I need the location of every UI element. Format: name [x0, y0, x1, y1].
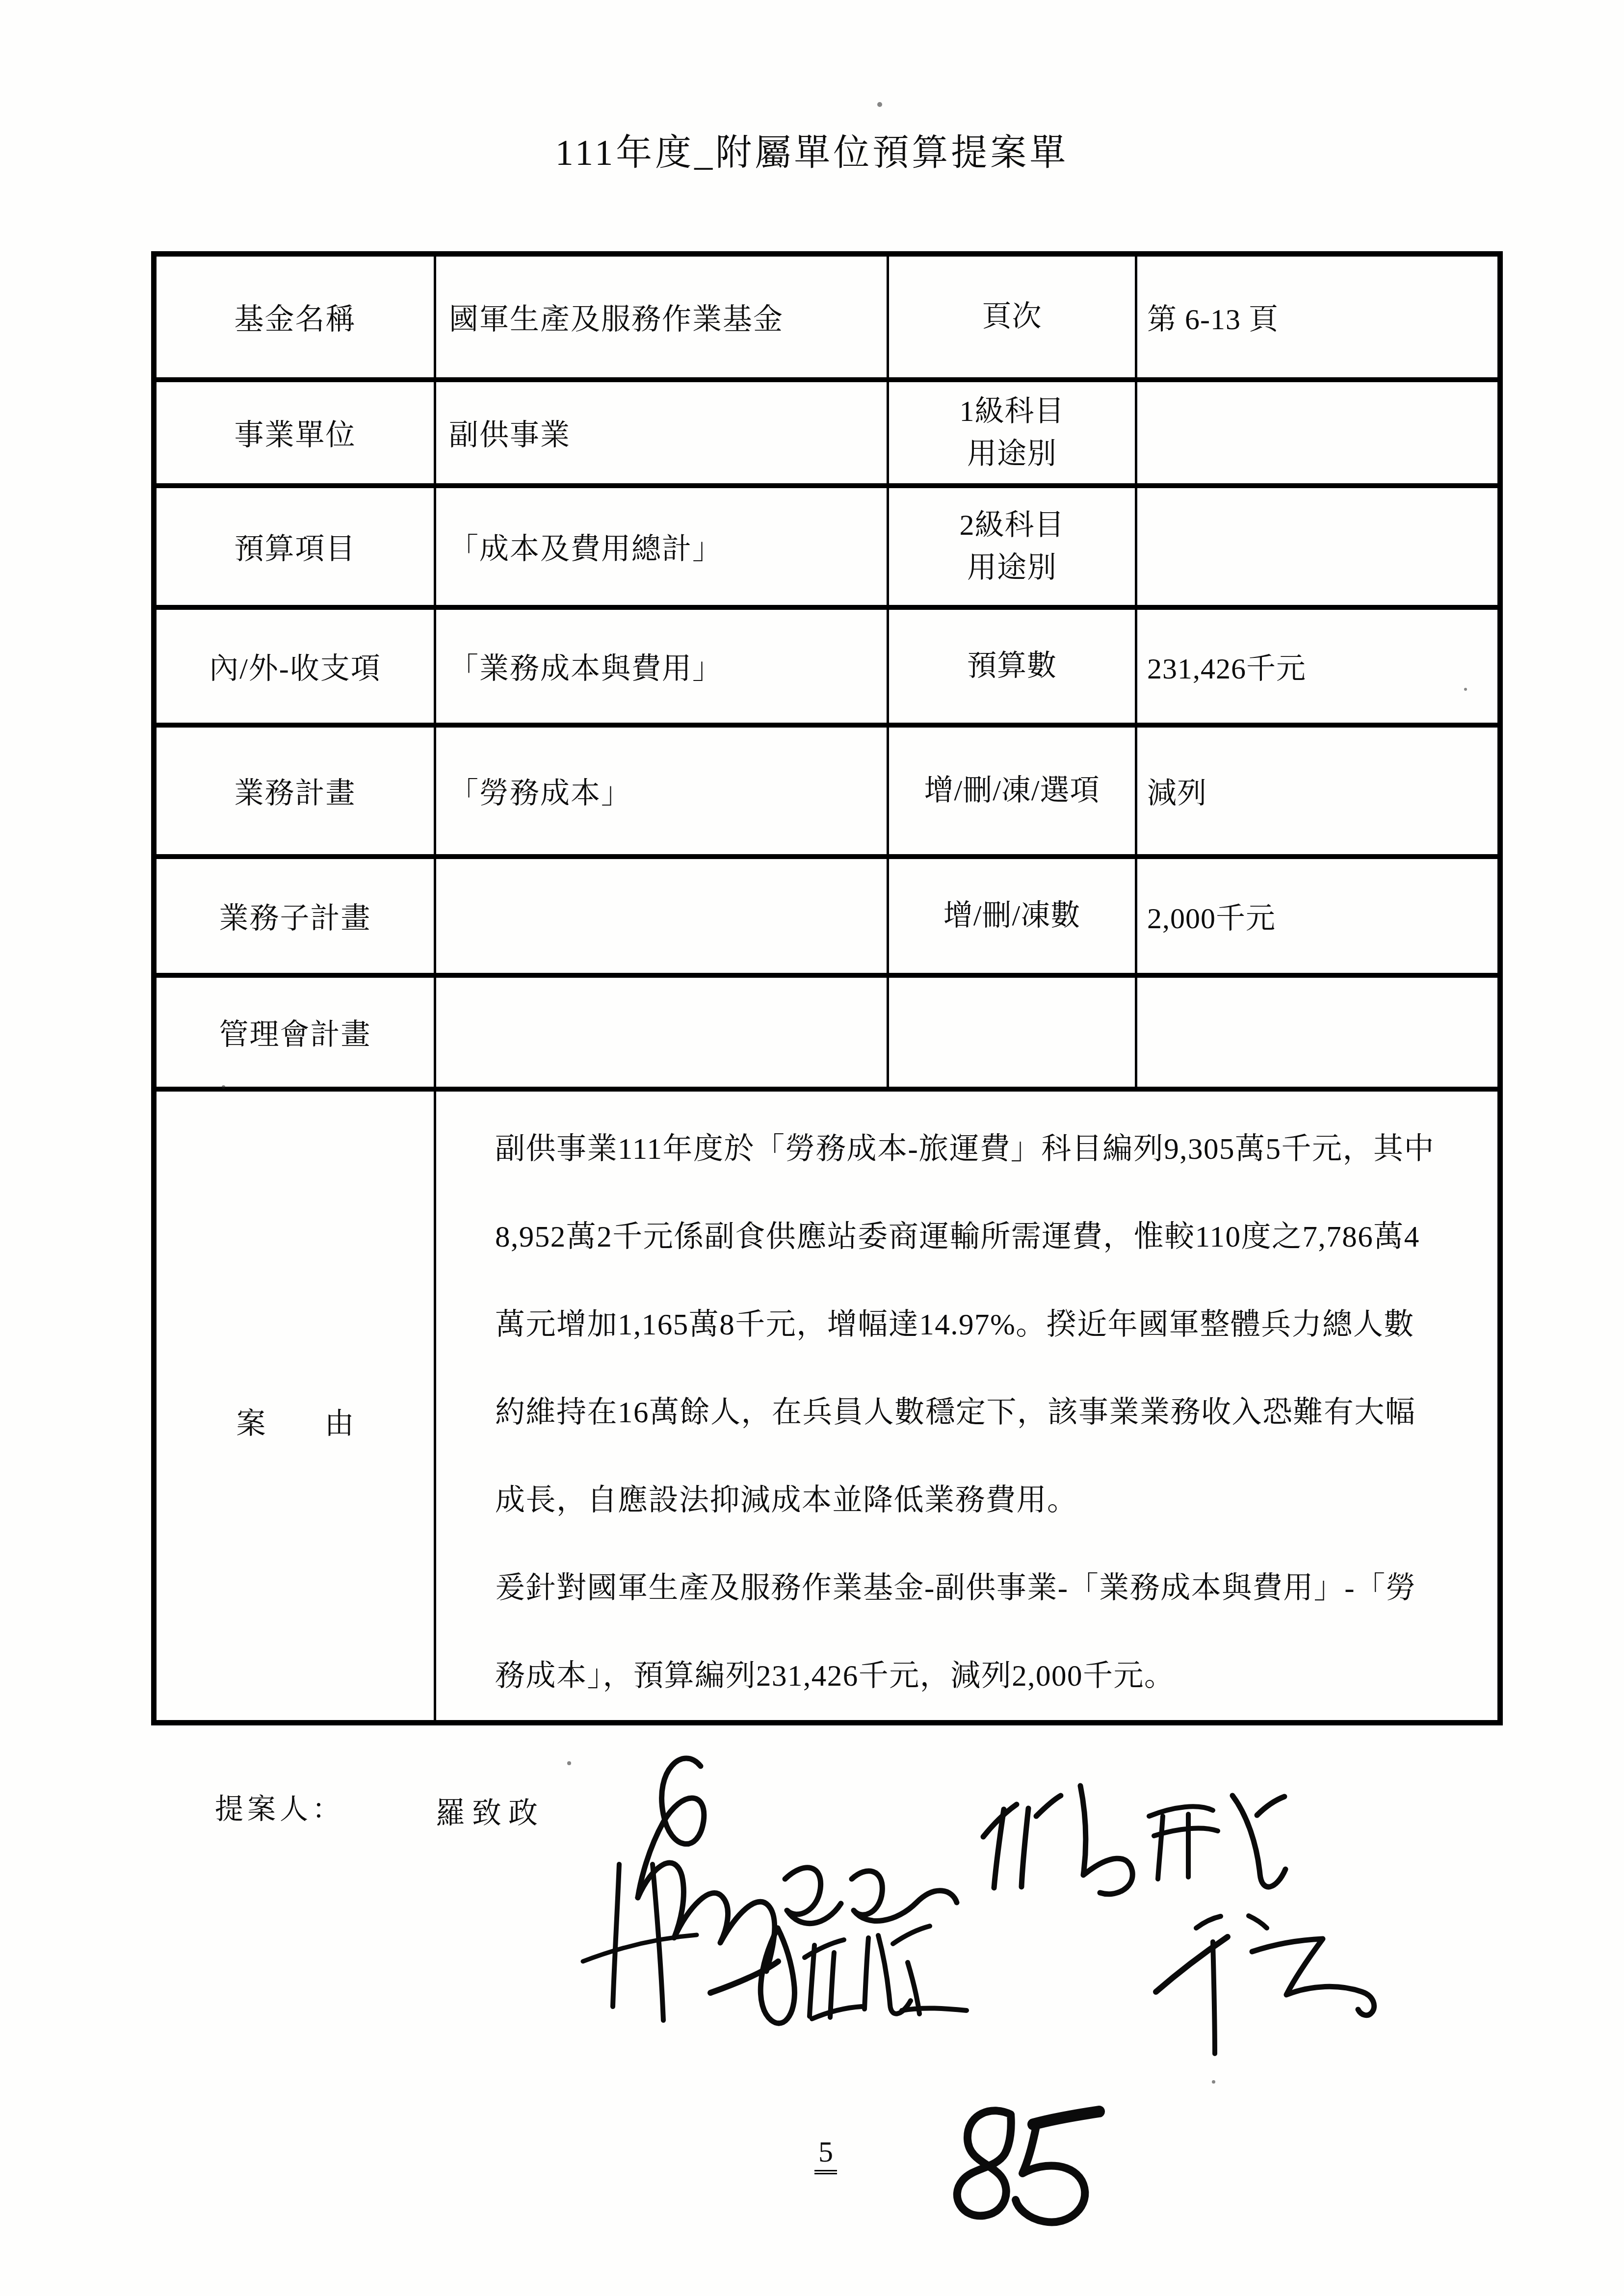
proposer-label: 提案人： — [215, 1786, 344, 1827]
scan-speckle — [877, 102, 882, 107]
budget-proposal-table: 基金名稱 國軍生產及服務作業基金 頁次 第 6-13 頁 事業單位 副供事業 1… — [151, 251, 1503, 1725]
document-title: 111年度_附屬單位預算提案單 — [0, 124, 1624, 176]
scan-speckle — [567, 1761, 571, 1765]
scan-speckle — [222, 1085, 225, 1089]
level2-subject-label: 2級科目 用途別 — [888, 486, 1136, 607]
case-line: 成長，自應設法抑減成本並降低業務費用。 — [495, 1457, 1480, 1544]
case-reason-label: 案 由 — [154, 1089, 435, 1723]
table-row: 事業單位 副供事業 1級科目 用途別 — [154, 380, 1500, 486]
level1-subject-value — [1136, 380, 1500, 486]
scan-speckle — [1212, 2080, 1215, 2084]
budget-amount-label: 預算數 — [888, 607, 1136, 725]
fund-name-value: 國軍生產及服務作業基金 — [435, 254, 888, 380]
mgmt-plan-value2 — [1136, 975, 1500, 1089]
mgmt-plan-label: 管理會計畫 — [154, 975, 435, 1089]
mgmt-plan-label2 — [888, 975, 1136, 1089]
case-line: 8,952萬2千元係副食供應站委商運輸所需運費，惟較110度之7,786萬4 — [495, 1193, 1480, 1281]
action-amount-label: 增/刪/凍數 — [888, 857, 1136, 975]
table-row: 內/外-收支項 「業務成本與費用」 預算數 231,426千元 — [154, 607, 1500, 725]
case-line: 約維持在16萬餘人，在兵員人數穩定下，該事業業務收入恐難有大幅 — [495, 1369, 1480, 1457]
case-line: 萬元增加1,165萬8千元，增幅達14.97%。揆近年國軍整體兵力總人數 — [495, 1281, 1480, 1369]
business-unit-label: 事業單位 — [154, 380, 435, 486]
proposer-name: 羅致政 — [436, 1790, 545, 1832]
revenue-item-label: 內/外-收支項 — [154, 607, 435, 725]
case-reason-text: 副供事業111年度於「勞務成本-旅運費」科目編列9,305萬5千元，其中 8,9… — [435, 1089, 1500, 1723]
signature-4 — [1156, 1916, 1374, 2054]
signature-1 — [583, 1758, 957, 2020]
action-option-label: 增/刪/凍/選項 — [888, 725, 1136, 857]
budget-amount-value: 231,426千元 — [1136, 607, 1500, 725]
level1-subject-label: 1級科目 用途別 — [888, 380, 1136, 486]
table-row: 業務計畫 「勞務成本」 增/刪/凍/選項 減列 — [154, 725, 1500, 857]
case-line: 爰針對國軍生產及服務作業基金-副供事業-「業務成本與費用」-「勞 — [495, 1544, 1480, 1632]
action-option-value: 減列 — [1136, 725, 1500, 857]
case-line: 副供事業111年度於「勞務成本-旅運費」科目編列9,305萬5千元，其中 — [495, 1105, 1480, 1193]
handwritten-page-number — [957, 2111, 1099, 2222]
fund-name-label: 基金名稱 — [154, 254, 435, 380]
table-row: 管理會計畫 — [154, 975, 1500, 1089]
budget-item-label: 預算項目 — [154, 486, 435, 607]
table-row: 基金名稱 國軍生產及服務作業基金 頁次 第 6-13 頁 — [154, 254, 1500, 380]
page-ref-label: 頁次 — [888, 254, 1136, 380]
signature-3 — [710, 1926, 967, 2023]
business-unit-value: 副供事業 — [435, 380, 888, 486]
table-row: 業務子計畫 增/刪/凍數 2,000千元 — [154, 857, 1500, 975]
table-row: 預算項目 「成本及費用總計」 2級科目 用途別 — [154, 486, 1500, 607]
level2-subject-value — [1136, 486, 1500, 607]
mgmt-plan-value — [435, 975, 888, 1089]
sub-plan-label: 業務子計畫 — [154, 857, 435, 975]
printed-page-number: 5 — [814, 2135, 837, 2174]
case-row: 案 由 副供事業111年度於「勞務成本-旅運費」科目編列9,305萬5千元，其中… — [154, 1089, 1500, 1723]
budget-item-value: 「成本及費用總計」 — [435, 486, 888, 607]
business-plan-value: 「勞務成本」 — [435, 725, 888, 857]
business-plan-label: 業務計畫 — [154, 725, 435, 857]
page-ref-value: 第 6-13 頁 — [1136, 254, 1500, 380]
action-amount-value: 2,000千元 — [1136, 857, 1500, 975]
revenue-item-value: 「業務成本與費用」 — [435, 607, 888, 725]
sub-plan-value — [435, 857, 888, 975]
signature-2 — [983, 1786, 1285, 1894]
scan-speckle — [1464, 688, 1467, 691]
case-line: 務成本」，預算編列231,426千元，減列2,000千元。 — [495, 1632, 1480, 1720]
